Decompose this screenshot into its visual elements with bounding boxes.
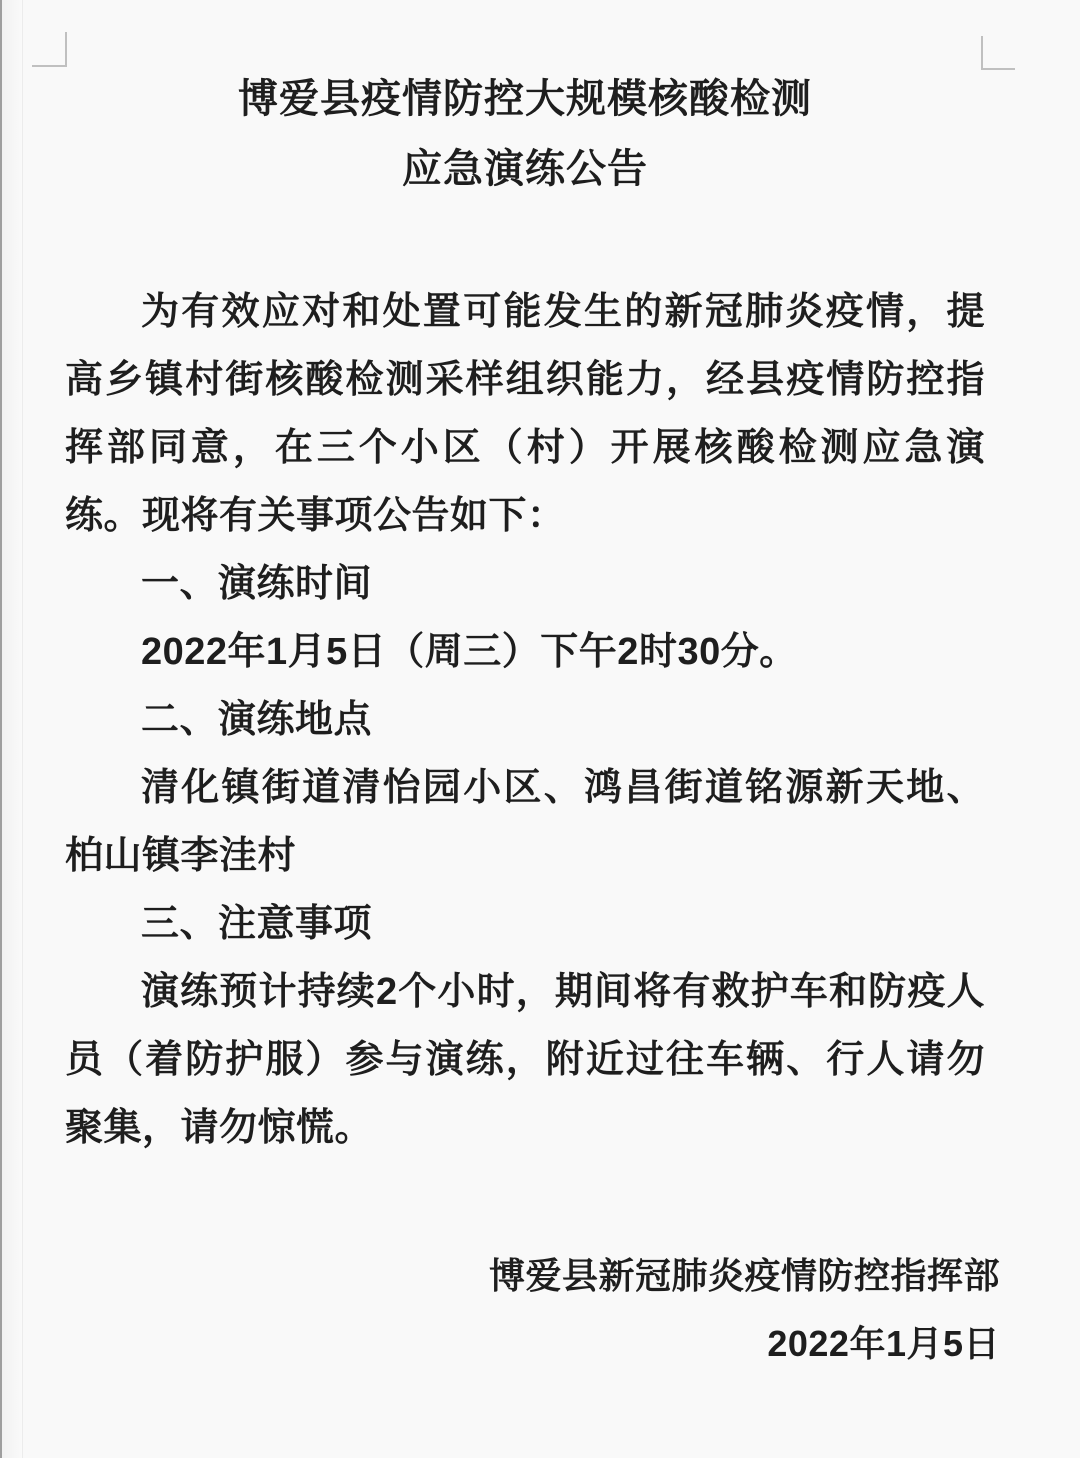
signature-issuer: 博爱县新冠肺炎疫情防控指挥部 [65,1242,1000,1310]
signature-date: 2022年1月5日 [65,1310,1000,1378]
document-page: 博爱县疫情防控大规模核酸检测 应急演练公告 为有效应对和处置可能发生的新冠肺炎疫… [0,0,1080,1458]
signature-block: 博爱县新冠肺炎疫情防控指挥部 2022年1月5日 [65,1242,1000,1378]
paragraph-drill-locations: 清化镇街道清怡园小区、鸿昌街道铭源新天地、柏山镇李洼村 [65,754,985,890]
margin-corner-mark-top-right-icon [981,36,1015,70]
document-title-line-2: 应急演练公告 [65,134,985,204]
paragraph-notes: 演练预计持续2个小时，期间将有救护车和防疫人员（着防护服）参与演练，附近过往车辆… [65,958,985,1162]
document-title-line-1: 博爱县疫情防控大规模核酸检测 [65,64,985,134]
page-left-edge-shadow [2,0,23,1458]
section-heading-drill-location: 二、演练地点 [65,686,985,754]
section-heading-notes: 三、注意事项 [65,890,985,958]
document-title: 博爱县疫情防控大规模核酸检测 应急演练公告 [65,64,985,204]
document-body: 为有效应对和处置可能发生的新冠肺炎疫情，提高乡镇村街核酸检测采样组织能力，经县疫… [65,278,985,1162]
paragraph-intro: 为有效应对和处置可能发生的新冠肺炎疫情，提高乡镇村街核酸检测采样组织能力，经县疫… [65,278,985,550]
margin-corner-mark-top-left-icon [32,32,67,67]
paragraph-drill-time: 2022年1月5日（周三）下午2时30分。 [65,618,985,686]
section-heading-drill-time: 一、演练时间 [65,550,985,618]
